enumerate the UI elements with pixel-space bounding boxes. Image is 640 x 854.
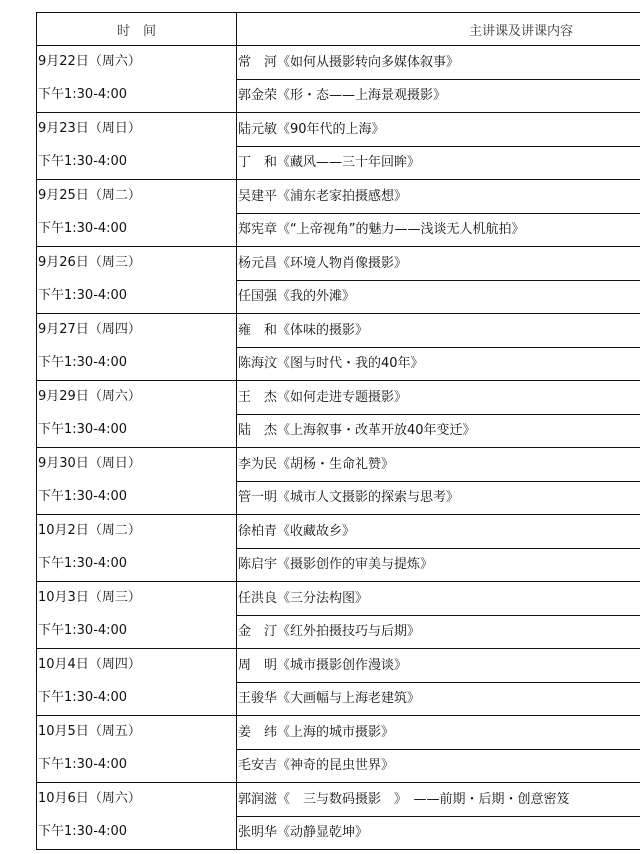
lecture-item: 任洪良《三分法构图》 xyxy=(237,582,640,616)
session-time: 下午1:30-4:00 xyxy=(38,481,236,514)
session-row: 9月27日（周四）下午1:30-4:00雍 和《体味的摄影》 xyxy=(37,314,640,348)
session-time: 下午1:30-4:00 xyxy=(38,682,236,715)
session-date: 9月30日（周日） xyxy=(38,448,236,481)
lecture-item: 郭金荣《形・态——上海景观摄影》 xyxy=(237,79,640,113)
session-time-cell: 10月3日（周三）下午1:30-4:00 xyxy=(37,582,237,649)
lecture-item: 陈启宇《摄影创作的审美与提炼》 xyxy=(237,548,640,582)
lecture-item: 郭润滋《 三与数码摄影 》 ——前期・后期・创意密笈 xyxy=(237,783,640,817)
session-time: 下午1:30-4:00 xyxy=(38,816,236,849)
session-time-cell: 9月22日（周六）下午1:30-4:00 xyxy=(37,46,237,113)
session-date: 10月4日（周四） xyxy=(38,649,236,682)
session-date: 10月2日（周二） xyxy=(38,515,236,548)
session-time: 下午1:30-4:00 xyxy=(38,347,236,380)
lecture-item: 李为民《胡杨・生命礼赞》 xyxy=(237,448,640,482)
header-row: 时 间 主讲课及讲课内容 xyxy=(37,13,640,46)
lecture-item: 郑宪章《“上帝视角”的魅力——浅谈无人机航拍》 xyxy=(237,213,640,247)
lecture-item: 王骏华《大画幅与上海老建筑》 xyxy=(237,682,640,716)
lecture-item: 金 汀《红外拍摄技巧与后期》 xyxy=(237,615,640,649)
lecture-item: 雍 和《体味的摄影》 xyxy=(237,314,640,348)
session-row: 9月23日（周日）下午1:30-4:00陆元敏《90年代的上海》 xyxy=(37,113,640,147)
session-time-cell: 9月30日（周日）下午1:30-4:00 xyxy=(37,448,237,515)
lecture-item: 陆 杰《上海叙事・改革开放40年变迁》 xyxy=(237,414,640,448)
session-time: 下午1:30-4:00 xyxy=(38,146,236,179)
session-time-cell: 9月23日（周日）下午1:30-4:00 xyxy=(37,113,237,180)
session-time: 下午1:30-4:00 xyxy=(38,213,236,246)
session-row: 9月25日（周二）下午1:30-4:00吴建平《浦东老家拍摄感想》 xyxy=(37,180,640,214)
lecture-item: 张明华《动静显乾坤》 xyxy=(237,816,640,850)
session-time: 下午1:30-4:00 xyxy=(38,280,236,313)
lecture-item: 王 杰《如何走进专题摄影》 xyxy=(237,381,640,415)
lecture-item: 任国强《我的外滩》 xyxy=(237,280,640,314)
session-time-cell: 9月25日（周二）下午1:30-4:00 xyxy=(37,180,237,247)
lecture-item: 周 明《城市摄影创作漫谈》 xyxy=(237,649,640,683)
session-row: 10月4日（周四）下午1:30-4:00周 明《城市摄影创作漫谈》 xyxy=(37,649,640,683)
session-time-cell: 10月6日（周六）下午1:30-4:00 xyxy=(37,783,237,850)
session-date: 9月27日（周四） xyxy=(38,314,236,347)
session-date: 9月26日（周三） xyxy=(38,247,236,280)
lecture-item: 丁 和《藏风——三十年回眸》 xyxy=(237,146,640,180)
lecture-item: 常 河《如何从摄影转向多媒体叙事》 xyxy=(237,46,640,80)
session-time: 下午1:30-4:00 xyxy=(38,79,236,112)
session-row: 10月6日（周六）下午1:30-4:00郭润滋《 三与数码摄影 》 ——前期・后… xyxy=(37,783,640,817)
session-date: 9月25日（周二） xyxy=(38,180,236,213)
session-row: 9月26日（周三）下午1:30-4:00杨元昌《环境人物肖像摄影》 xyxy=(37,247,640,281)
session-time: 下午1:30-4:00 xyxy=(38,414,236,447)
session-date: 9月29日（周六） xyxy=(38,381,236,414)
session-time: 下午1:30-4:00 xyxy=(38,749,236,782)
session-date: 10月6日（周六） xyxy=(38,783,236,816)
session-row: 10月3日（周三）下午1:30-4:00任洪良《三分法构图》 xyxy=(37,582,640,616)
session-row: 9月30日（周日）下午1:30-4:00李为民《胡杨・生命礼赞》 xyxy=(37,448,640,482)
session-row: 9月29日（周六）下午1:30-4:00王 杰《如何走进专题摄影》 xyxy=(37,381,640,415)
session-date: 9月23日（周日） xyxy=(38,113,236,146)
session-row: 10月2日（周二）下午1:30-4:00徐柏青《收藏故乡》 xyxy=(37,515,640,549)
session-time: 下午1:30-4:00 xyxy=(38,548,236,581)
session-time-cell: 9月27日（周四）下午1:30-4:00 xyxy=(37,314,237,381)
lecture-schedule-table: 时 间 主讲课及讲课内容 9月22日（周六）下午1:30-4:00常 河《如何从… xyxy=(36,12,640,850)
lecture-item: 杨元昌《环境人物肖像摄影》 xyxy=(237,247,640,281)
session-date: 10月5日（周五） xyxy=(38,716,236,749)
lecture-item: 陈海汶《图与时代・我的40年》 xyxy=(237,347,640,381)
session-time-cell: 10月5日（周五）下午1:30-4:00 xyxy=(37,716,237,783)
session-time-cell: 10月2日（周二）下午1:30-4:00 xyxy=(37,515,237,582)
session-time: 下午1:30-4:00 xyxy=(38,615,236,648)
session-time-cell: 10月4日（周四）下午1:30-4:00 xyxy=(37,649,237,716)
session-row: 10月5日（周五）下午1:30-4:00姜 纬《上海的城市摄影》 xyxy=(37,716,640,750)
lecture-item: 陆元敏《90年代的上海》 xyxy=(237,113,640,147)
session-date: 10月3日（周三） xyxy=(38,582,236,615)
header-time: 时 间 xyxy=(37,13,237,46)
lecture-item: 毛安吉《神奇的昆虫世界》 xyxy=(237,749,640,783)
session-row: 9月22日（周六）下午1:30-4:00常 河《如何从摄影转向多媒体叙事》 xyxy=(37,46,640,80)
lecture-item: 管一明《城市人文摄影的探索与思考》 xyxy=(237,481,640,515)
header-content: 主讲课及讲课内容 xyxy=(237,13,640,46)
lecture-item: 姜 纬《上海的城市摄影》 xyxy=(237,716,640,750)
session-time-cell: 9月29日（周六）下午1:30-4:00 xyxy=(37,381,237,448)
lecture-item: 徐柏青《收藏故乡》 xyxy=(237,515,640,549)
session-time-cell: 9月26日（周三）下午1:30-4:00 xyxy=(37,247,237,314)
lecture-item: 吴建平《浦东老家拍摄感想》 xyxy=(237,180,640,214)
session-date: 9月22日（周六） xyxy=(38,46,236,79)
